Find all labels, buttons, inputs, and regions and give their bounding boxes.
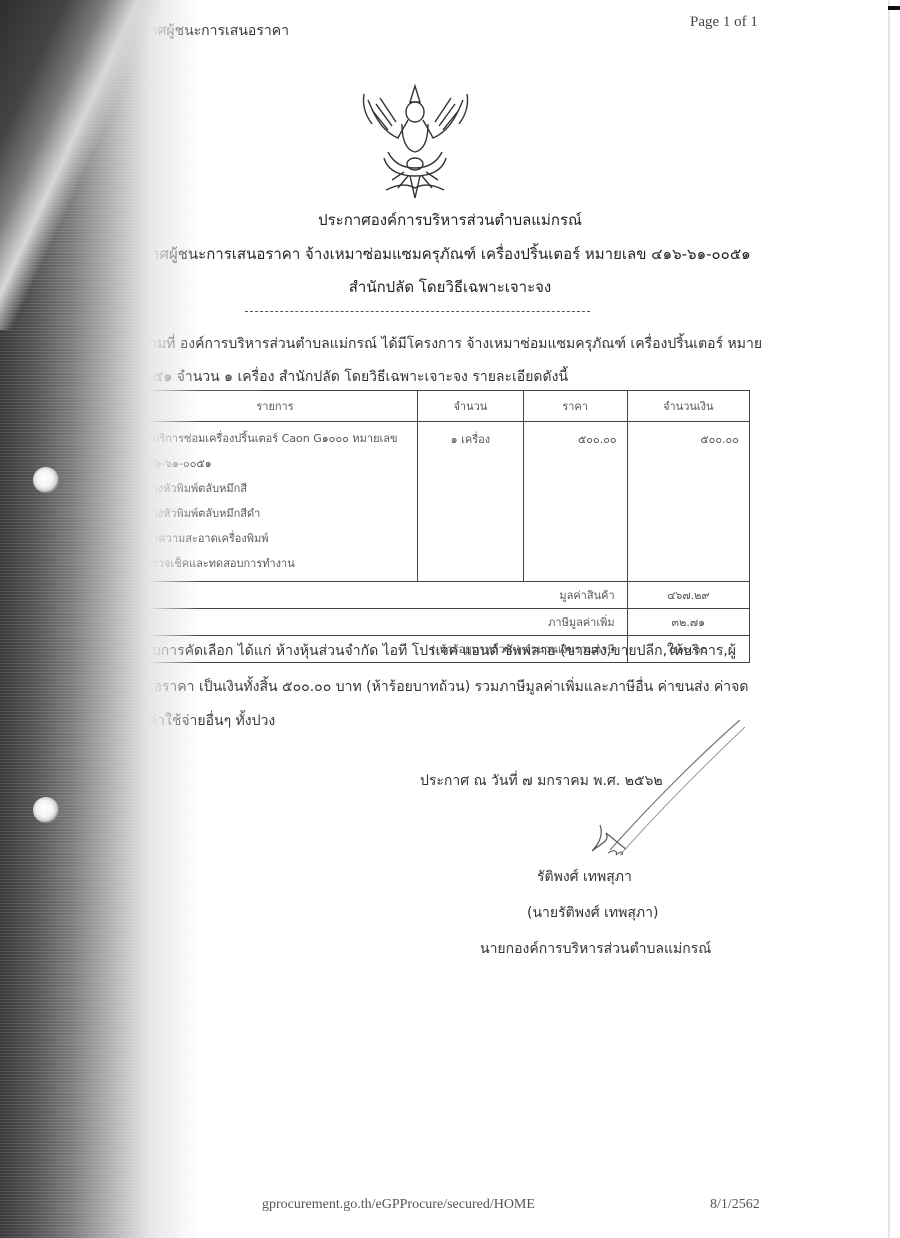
scan-mark — [888, 6, 900, 10]
items-table: ลำดับ รายการ จำนวน ราคา จำนวนเงิน ๑ ค่าบ… — [70, 390, 750, 663]
row-amount: ๕๐๐.๐๐ — [627, 422, 749, 582]
footer-date: 8/1/2562 — [710, 1197, 760, 1213]
punch-hole — [33, 467, 59, 493]
summary-row-vat: ภาษีมูลค่าเพิ่ม ๓๒.๗๑ — [71, 609, 750, 636]
row-price: ๕๐๐.๐๐ — [523, 422, 627, 582]
announcement-date: ประกาศ ณ วันที่ ๗ มกราคม พ.ศ. ๒๕๖๒ — [420, 770, 663, 792]
description-line: ล้างหัวพิมพ์ตลับหมึกสีดำ — [139, 505, 416, 530]
table-header-row: ลำดับ รายการ จำนวน ราคา จำนวนเงิน — [71, 391, 750, 422]
header-description: รายการ — [132, 391, 417, 422]
header-document-title: ร่างประกาศผู้ชนะการเสนอราคา — [95, 20, 289, 42]
description-line: ค่าบริการซ่อมเครื่องปริ้นเตอร์ Caon G๑๐๐… — [139, 430, 416, 455]
signatory-full-name: (นายรัติพงศ์ เทพสุภา) — [527, 902, 658, 924]
handwritten-mark-icon — [80, 50, 180, 150]
table-row: ๑ ค่าบริการซ่อมเครื่องปริ้นเตอร์ Caon G๑… — [71, 422, 750, 582]
description-line: ตรวจเช็คและทดสอบการทำงาน — [139, 555, 416, 580]
page-edge-right — [888, 0, 890, 1238]
subtotal-label: มูลค่าสินค้า — [71, 582, 628, 609]
subtotal-value: ๔๖๗.๒๙ — [627, 582, 749, 609]
footer-url: gprocurement.go.th/eGPProcure/secured/HO… — [262, 1197, 535, 1213]
vat-label: ภาษีมูลค่าเพิ่ม — [71, 609, 628, 636]
divider — [245, 311, 590, 312]
header-quantity: จำนวน — [418, 391, 523, 422]
winner-paragraph-line-3: ทะเบียน และค่าใช้จ่ายอื่นๆ ทั้งปวง — [70, 710, 275, 732]
description-line: ล้างหัวพิมพ์ตลับหมึกสี — [139, 480, 416, 505]
page-indicator: Page 1 of 1 — [690, 14, 758, 31]
intro-paragraph-line-1: ตามที่ องค์การบริหารส่วนตำบลแม่กรณ์ ได้ม… — [140, 333, 762, 355]
announcement-subject: เรื่อง ประกาศผู้ชนะการเสนอราคา จ้างเหมาซ… — [80, 242, 842, 266]
announcement-title: ประกาศองค์การบริหารส่วนตำบลแม่กรณ์ — [0, 208, 900, 232]
signatory-position: นายกองค์การบริหารส่วนตำบลแม่กรณ์ — [480, 938, 711, 960]
signatory-name: รัติพงศ์ เทพสุภา — [537, 866, 632, 888]
intro-paragraph-line-2: เลข ๔๑๖-๖๑-๐๐๕๑ จำนวน ๑ เครื่อง สำนักปลั… — [52, 366, 568, 388]
description-line: ทำความสะอาดเครื่องพิมพ์ — [139, 530, 416, 555]
winner-paragraph-line-1: ผู้ได้รับการคัดเลือก ได้แก่ ห้างหุ้นส่วน… — [120, 640, 736, 662]
vat-value: ๓๒.๗๑ — [627, 609, 749, 636]
row-quantity: ๑ เครื่อง — [418, 422, 523, 582]
description-line: ๔๑๖-๖๑-๐๐๕๑ — [139, 455, 416, 480]
punch-hole — [33, 797, 59, 823]
row-description: ค่าบริการซ่อมเครื่องปริ้นเตอร์ Caon G๑๐๐… — [132, 422, 417, 582]
summary-row-subtotal: มูลค่าสินค้า ๔๖๗.๒๙ — [71, 582, 750, 609]
page-edge — [0, 0, 14, 1238]
header-price: ราคา — [523, 391, 627, 422]
garuda-emblem-icon — [358, 80, 473, 200]
row-no: ๑ — [71, 422, 133, 582]
announcement-department: สำนักปลัด โดยวิธีเฉพาะเจาะจง — [0, 275, 900, 299]
winner-paragraph-line-2: ผลิต) โดยเสนอราคา เป็นเงินทั้งสิ้น ๕๐๐.๐… — [70, 676, 748, 698]
header-amount: จำนวนเงิน — [627, 391, 749, 422]
header-no: ลำดับ — [71, 391, 133, 422]
